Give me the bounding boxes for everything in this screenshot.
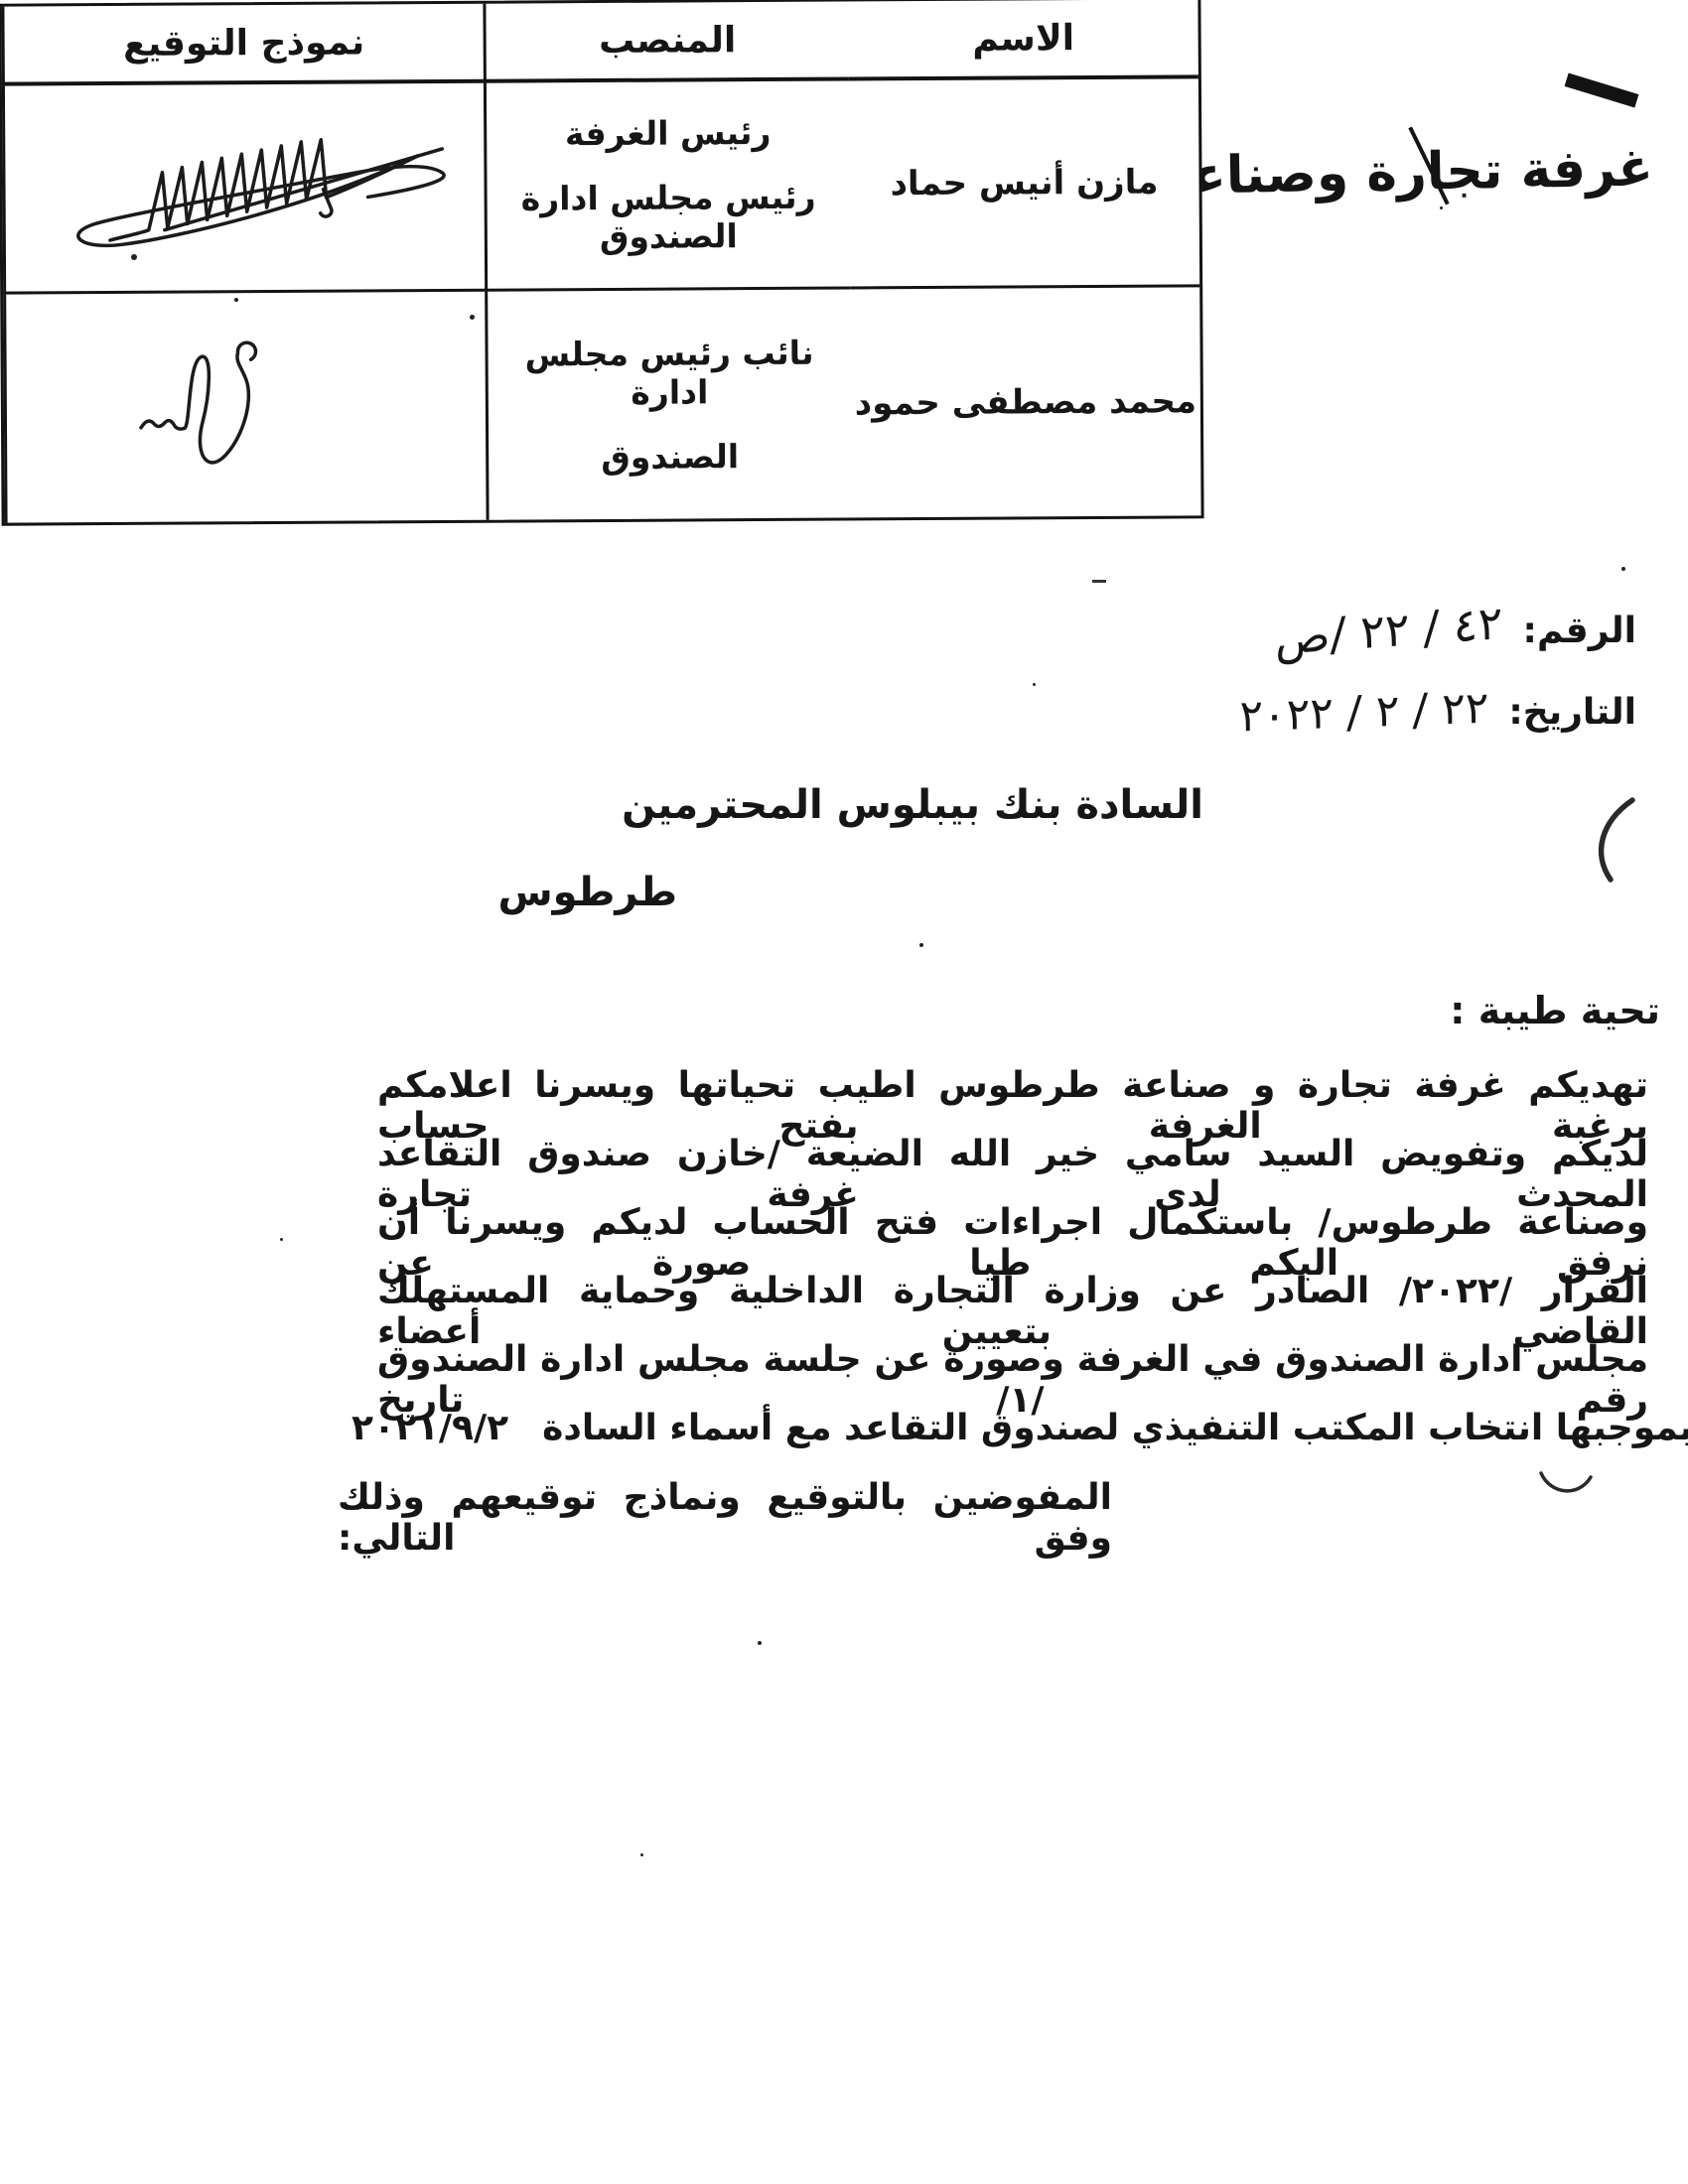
table-row1-position: رئيس الغرفة رئيس مجلس ادارة الصندوق [484,80,850,291]
scan-speck [758,1641,762,1645]
row1-position-line1: رئيس الغرفة [565,113,772,153]
recipient-line: السادة بنك بيبلوس المحترمين [622,782,1203,828]
scan-dash [1092,580,1106,583]
body-line-2: لديكم وتفويض السيد سامي خير الله الضيعة … [377,1134,1648,1193]
table-header-signature: نموذج التوقيع [1,4,483,86]
scan-speck [234,298,238,302]
table-row2-signature-cell [3,292,486,523]
recipient-city: طرطوس [497,870,677,915]
body-line-4: القرار /٢٠٢٢/ الصادر عن وزارة التجارة ال… [377,1271,1648,1330]
scan-speck [280,1238,283,1241]
scan-speck [919,943,923,947]
reference-number-value-handwritten: ٤٢ / ٢٢ /ص [1275,596,1502,665]
greeting-line: تحية طيبة : [1450,989,1660,1032]
table-row1-name: مازن أنيس حماد [849,78,1199,289]
scan-speck [640,1853,643,1856]
reference-date-value-handwritten: ٢٢ / ٢ / ٢٠٢٢ [1239,683,1489,743]
scan-speck [131,254,137,260]
pen-curve-mark [1571,792,1645,887]
body-line-6: ٢٠٢١/٩/٢ والتي تم بموجبها انتخاب المكتب … [352,1408,1648,1467]
row1-position-line2: رئيس مجلس ادارة الصندوق [487,177,849,256]
table-row2-name: محمد مصطفى حمود [850,287,1200,517]
scan-speck [1440,206,1443,209]
scan-speck [1033,683,1036,686]
signatories-table: الاسم المنصب نموذج التوقيع مازن أنيس حما… [0,0,1204,526]
table-header-position: المنصب [483,1,848,82]
row2-position-line2: الصندوق [601,437,739,477]
small-smile-mark [1535,1465,1597,1501]
body-line-3: وصناعة طرطوس/ باستكمال اجراءات فتح الحسا… [377,1202,1648,1262]
signature-2-icon [105,323,335,502]
body-line-7: المفوضين بالتوقيع ونماذج توقيعهم وذلك وف… [338,1477,1112,1537]
signature-1-icon [25,111,468,285]
table-row1-signature-cell [2,83,485,295]
body-line-5: مجلس ادارة الصندوق في الغرفة وصورة عن جل… [377,1339,1648,1399]
reference-date-line: التاريخ: ٢٢ / ٢ / ٢٠٢٢ [1239,687,1636,738]
letter-body: تهديكم غرفة تجارة و صناعة طرطوس اطيب تحي… [338,1065,1648,1532]
reference-number-line: الرقم: ٤٢ / ٢٢ /ص [1275,604,1636,657]
scan-speck [1621,567,1625,571]
scanned-letter-page: Tartous Chamber of Commerce And Industry… [0,0,1688,2184]
corner-ink-mark [1565,72,1639,107]
reference-date-label: التاريخ: [1508,692,1636,733]
reference-number-label: الرقم: [1523,611,1636,651]
table-row2-position: نائب رئيس مجلس ادارة الصندوق [485,289,851,519]
session-date-value: ٢٠٢١/٩/٢ [352,1408,508,1448]
row2-position-line1: نائب رئيس مجلس ادارة [488,333,850,412]
body-line-1: تهديكم غرفة تجارة و صناعة طرطوس اطيب تحي… [377,1065,1648,1125]
scan-speck [470,315,475,320]
body-line-6-text: والتي تم بموجبها انتخاب المكتب التنفيذي … [542,1408,1688,1448]
table-header-name: الاسم [848,0,1197,80]
